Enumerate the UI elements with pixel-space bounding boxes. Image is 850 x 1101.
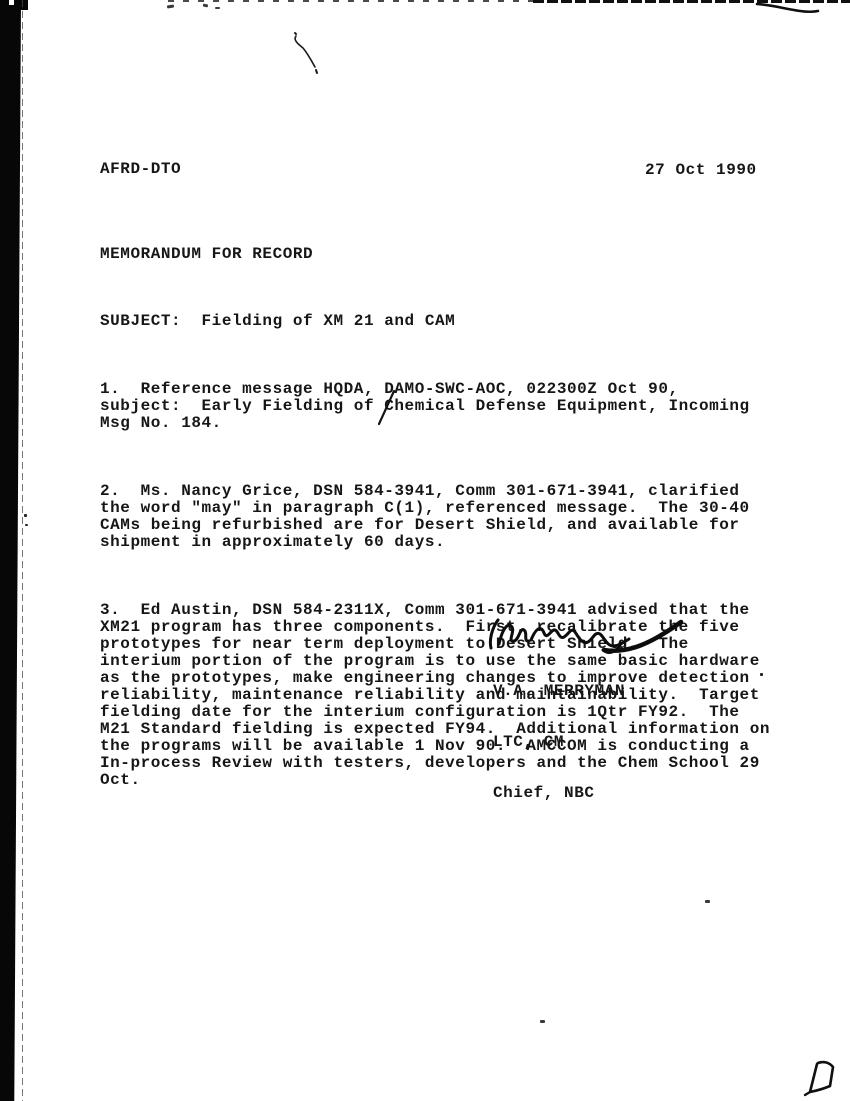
pen-squiggle-mark <box>295 33 317 73</box>
signature-scribble <box>490 620 681 653</box>
scanned-memo-page: AFRD-DTO 27 Oct 1990 MEMORANDUM FOR RECO… <box>0 0 850 1101</box>
handwritten-d-mark <box>805 1062 833 1095</box>
strikethrough-mark <box>379 391 394 424</box>
top-right-pen-swoosh <box>757 4 818 12</box>
handwritten-marks-layer <box>0 0 850 1101</box>
